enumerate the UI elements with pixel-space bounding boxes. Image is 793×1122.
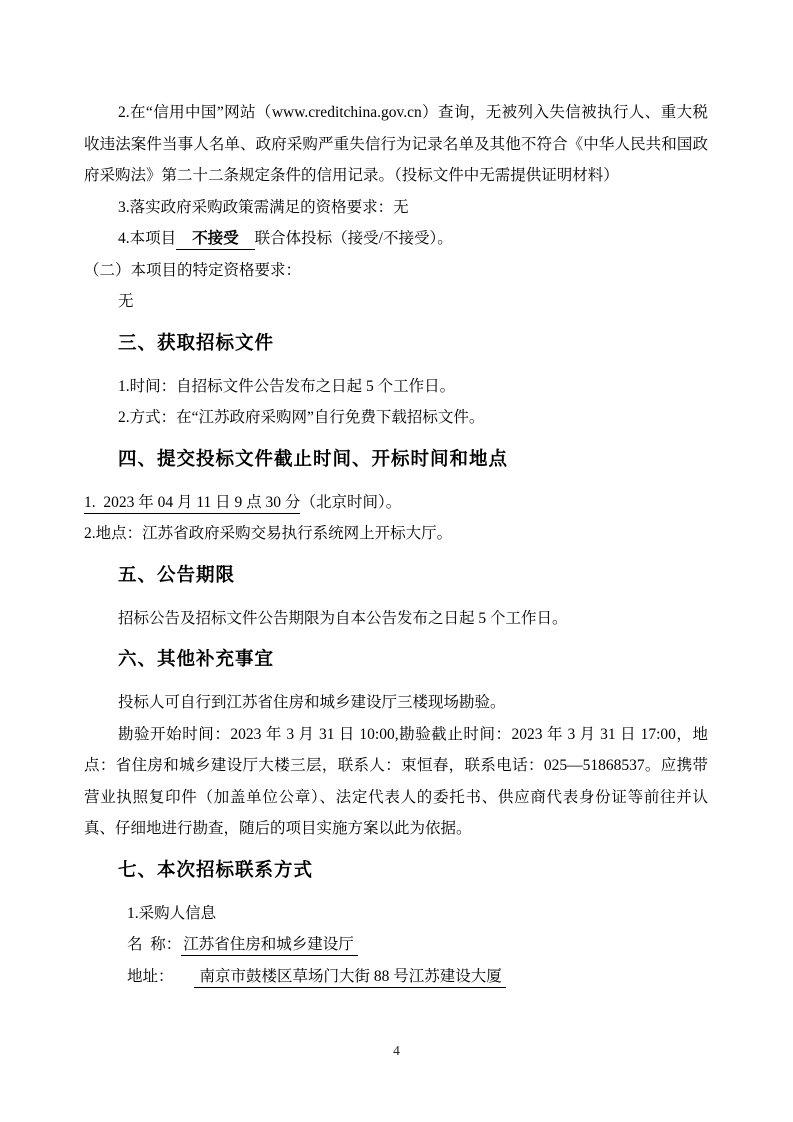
section-6-heading: 六、其他补充事宜 <box>118 643 708 674</box>
purchaser-address-value: 南京市鼓楼区草场门大街 88 号江苏建设大厦 <box>194 968 506 988</box>
section-4-deadline-item: 1. 2023 年 04 月 11 日 9 点 30 分（北京时间）。 <box>84 487 708 519</box>
policy-requirement-item: 3.落实政府采购政策需满足的资格要求：无 <box>84 192 708 224</box>
specific-requirements-value: 无 <box>84 286 708 318</box>
purchaser-address-label: 地址： <box>127 968 174 985</box>
page-number: 4 <box>393 1043 400 1058</box>
section-5-heading: 五、公告期限 <box>118 559 708 590</box>
deadline-underlined-text: 1. 2023 年 04 月 11 日 9 点 30 分 <box>84 494 300 514</box>
section-4-heading: 四、提交投标文件截止时间、开标时间和地点 <box>118 443 708 474</box>
section-7-heading: 七、本次招标联系方式 <box>118 854 708 885</box>
consortium-choice-underlined: 不接受 <box>176 230 255 250</box>
specific-requirements-heading: （二）本项目的特定资格要求： <box>84 255 708 287</box>
purchaser-info-heading: 1.采购人信息 <box>84 898 708 930</box>
section-3-heading: 三、获取招标文件 <box>118 327 708 358</box>
purchaser-name-row: 名 称：江苏省住房和城乡建设厅 <box>84 929 708 961</box>
purchaser-name-label: 名 称： <box>127 936 181 953</box>
section-6-survey-paragraph: 投标人可自行到江苏省住房和城乡建设厅三楼现场勘验。 <box>84 687 708 719</box>
section-6-schedule-paragraph: 勘验开始时间：2023 年 3 月 31 日 10:00,勘验截止时间：2023… <box>84 719 708 845</box>
section-3-item-method: 2.方式：在“江苏政府采购网”自行免费下载招标文件。 <box>84 402 708 434</box>
deadline-rest-text: （北京时间）。 <box>300 494 401 511</box>
page-footer: 4 <box>0 1043 793 1059</box>
section-5-paragraph: 招标公告及招标文件公告期限为自本公告发布之日起 5 个工作日。 <box>84 603 708 635</box>
credit-check-paragraph: 2.在“信用中国”网站（www.creditchina.gov.cn）查询，无被… <box>84 97 708 192</box>
page-content: 2.在“信用中国”网站（www.creditchina.gov.cn）查询，无被… <box>84 97 708 992</box>
purchaser-address-row: 地址：南京市鼓楼区草场门大街 88 号江苏建设大厦 <box>84 961 708 993</box>
purchaser-name-value: 江苏省住房和城乡建设厅 <box>181 936 358 956</box>
section-3-item-time: 1.时间：自招标文件公告发布之日起 5 个工作日。 <box>84 371 708 403</box>
document-page: 2.在“信用中国”网站（www.creditchina.gov.cn）查询，无被… <box>0 0 793 1122</box>
consortium-suffix: 联合体投标（接受/不接受）。 <box>255 230 453 247</box>
consortium-item: 4.本项目不接受联合体投标（接受/不接受）。 <box>84 223 708 255</box>
consortium-prefix: 4.本项目 <box>118 230 176 247</box>
section-4-location-item: 2.地点：江苏省政府采购交易执行系统网上开标大厅。 <box>84 518 708 550</box>
